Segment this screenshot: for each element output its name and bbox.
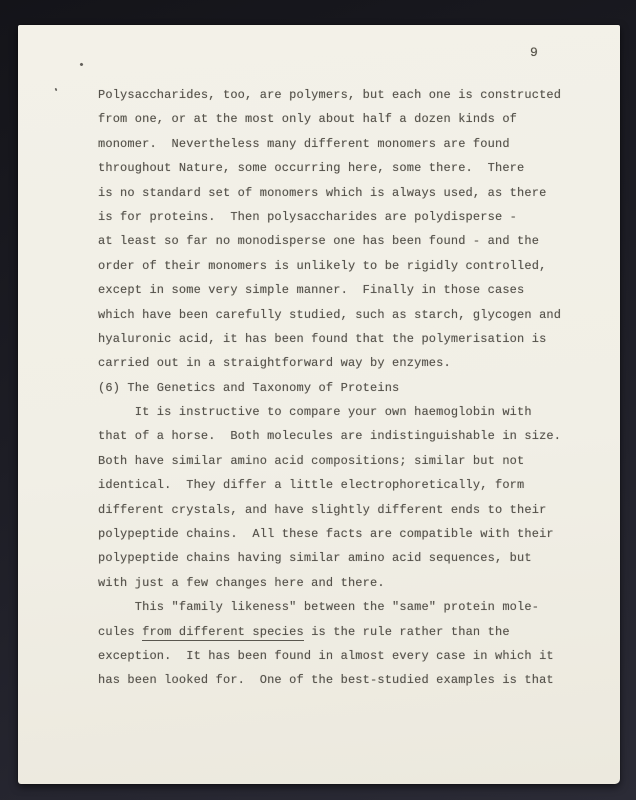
- underlined-phrase: from different species: [142, 625, 304, 641]
- text-segment: cules: [98, 625, 142, 639]
- document-page: 9 Polysaccharides, too, are polymers, bu…: [18, 25, 620, 784]
- text-line: has been looked for. One of the best-stu…: [98, 668, 578, 692]
- text-line: which have been carefully studied, such …: [98, 303, 578, 327]
- paper-speck: [54, 88, 57, 92]
- text-line: polypeptide chains. All these facts are …: [98, 522, 578, 546]
- text-line: that of a horse. Both molecules are indi…: [98, 424, 578, 448]
- text-line: except in some very simple manner. Final…: [98, 278, 578, 302]
- text-line: throughout Nature, some occurring here, …: [98, 156, 578, 180]
- text-line: at least so far no monodisperse one has …: [98, 229, 578, 253]
- page-number: 9: [530, 45, 538, 60]
- paper-speck: [79, 62, 83, 66]
- text-line: from one, or at the most only about half…: [98, 107, 578, 131]
- text-line: Both have similar amino acid composition…: [98, 449, 578, 473]
- text-line: This "family likeness" between the "same…: [98, 595, 578, 619]
- text-segment: is the rule rather than the: [304, 625, 510, 639]
- text-line: polypeptide chains having similar amino …: [98, 546, 578, 570]
- text-line: with just a few changes here and there.: [98, 571, 578, 595]
- text-line: order of their monomers is unlikely to b…: [98, 254, 578, 278]
- text-line: identical. They differ a little electrop…: [98, 473, 578, 497]
- text-line: different crystals, and have slightly di…: [98, 498, 578, 522]
- text-line: Polysaccharides, too, are polymers, but …: [98, 83, 578, 107]
- text-line: It is instructive to compare your own ha…: [98, 400, 578, 424]
- photo-backdrop: 9 Polysaccharides, too, are polymers, bu…: [0, 0, 636, 800]
- text-line: carried out in a straightforward way by …: [98, 351, 578, 375]
- text-line: cules from different species is the rule…: [98, 620, 578, 644]
- text-line: is for proteins. Then polysaccharides ar…: [98, 205, 578, 229]
- text-line: (6) The Genetics and Taxonomy of Protein…: [98, 376, 578, 400]
- typewritten-lines: Polysaccharides, too, are polymers, but …: [98, 83, 578, 693]
- text-line: monomer. Nevertheless many different mon…: [98, 132, 578, 156]
- text-line: exception. It has been found in almost e…: [98, 644, 578, 668]
- text-line: hyaluronic acid, it has been found that …: [98, 327, 578, 351]
- text-line: is no standard set of monomers which is …: [98, 181, 578, 205]
